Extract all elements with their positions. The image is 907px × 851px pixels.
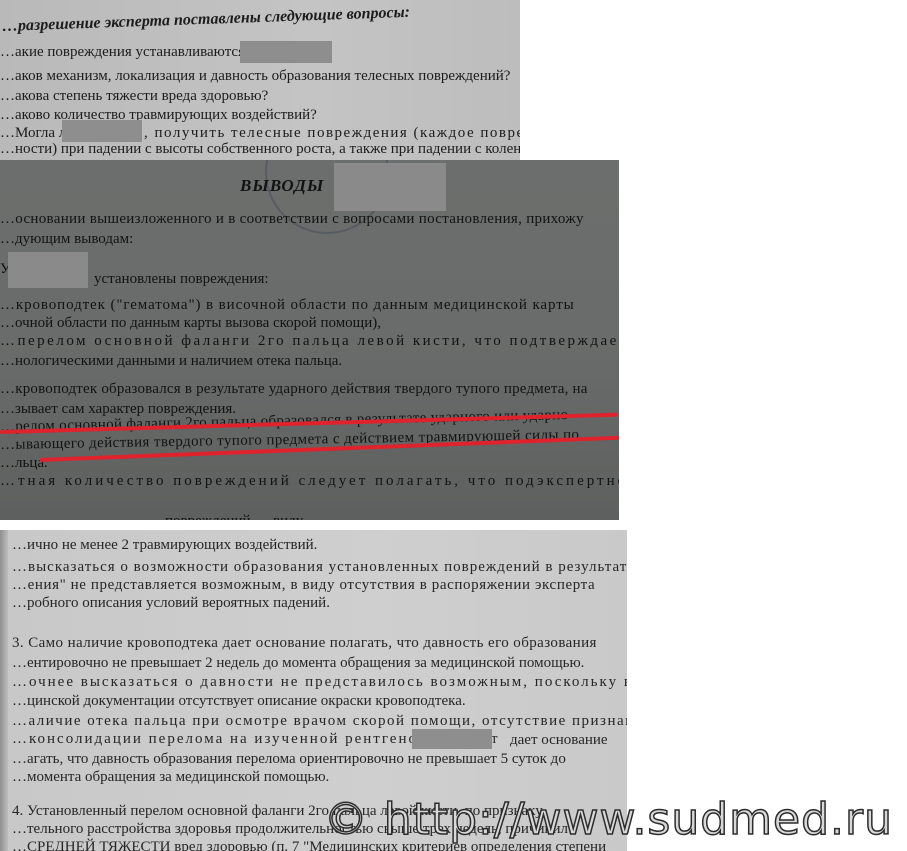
redacted-name — [62, 120, 142, 142]
section-3b-line-4: …момента обращения за медицинской помощь… — [12, 768, 329, 786]
redacted-name — [240, 41, 332, 63]
intro-line-1: …основании вышеизложенного и в соответст… — [0, 210, 584, 228]
question-1: …акие повреждения устанавливаются у — [0, 43, 256, 61]
question-5-end: …ности) при падении с высоты собственног… — [0, 140, 520, 158]
mechanism-line-6: …тная количество повреждений следует пол… — [0, 472, 619, 490]
section-2-line-1: …ично не менее 2 травмирующих воздействи… — [12, 536, 317, 554]
questions-heading: …разрешение эксперта поставлены следующи… — [2, 4, 411, 36]
document-fragment-questions: …разрешение эксперта поставлены следующи… — [0, 0, 520, 160]
section-3-line-1: 3. Само наличие кровоподтека дает основа… — [12, 634, 597, 652]
section-3-line-3: …очнее высказаться о давности не предста… — [12, 673, 627, 691]
page-edge — [0, 530, 8, 851]
section-2-line-3: …ения" не представляется возможным, в ви… — [12, 576, 595, 594]
redacted-date — [412, 729, 492, 749]
redacted-name — [8, 252, 88, 288]
conclusions-title: ВЫВОДЫ — [240, 177, 324, 195]
section-2-line-2: …высказаться о возможности образования у… — [12, 558, 627, 576]
mechanism-line-5: …льца. — [0, 454, 48, 472]
established-injuries-label: установлены повреждения: — [94, 270, 269, 288]
section-3b-line-3: …агать, что давность образования перелом… — [12, 750, 566, 768]
section-2-line-4: …робного описания условий вероятных паде… — [12, 594, 330, 612]
intro-line-2: …дующим выводам: — [0, 230, 133, 248]
section-3-line-2: …ентировочно не превышает 2 недель до мо… — [12, 654, 584, 672]
injury-2-line-2: …нологическими данными и наличием отека … — [0, 352, 342, 370]
mechanism-line-1: …кровоподтек образовался в результате уд… — [0, 380, 588, 398]
injury-1-line-2: …очной области по данным карты вызова ск… — [0, 314, 381, 332]
question-3: …акова степень тяжести вреда здоровью? — [0, 87, 268, 105]
section-3b-line-2-end: дает основание — [510, 731, 608, 749]
redacted-block — [334, 163, 446, 211]
site-watermark: © http://www.sudmed.ru — [324, 794, 893, 845]
injury-2-line-1: …перелом основной фаланги 2го пальца лев… — [0, 332, 619, 350]
question-4: …аково количество травмирующих воздейств… — [0, 106, 317, 124]
document-fragment-conclusions: ВЫВОДЫ …основании вышеизложенного и в со… — [0, 160, 619, 520]
section-3b-line-1: …аличие отека пальца при осмотре врачом … — [12, 712, 627, 730]
question-2: …аков механизм, локализация и давность о… — [0, 67, 510, 85]
cut-off-line: …повреждений … виду — [150, 512, 303, 520]
injury-1-line-1: …кровоподтек ("гематома") в височной обл… — [0, 296, 575, 314]
section-3-line-4: …цинской документации отсутствует описан… — [12, 692, 466, 710]
